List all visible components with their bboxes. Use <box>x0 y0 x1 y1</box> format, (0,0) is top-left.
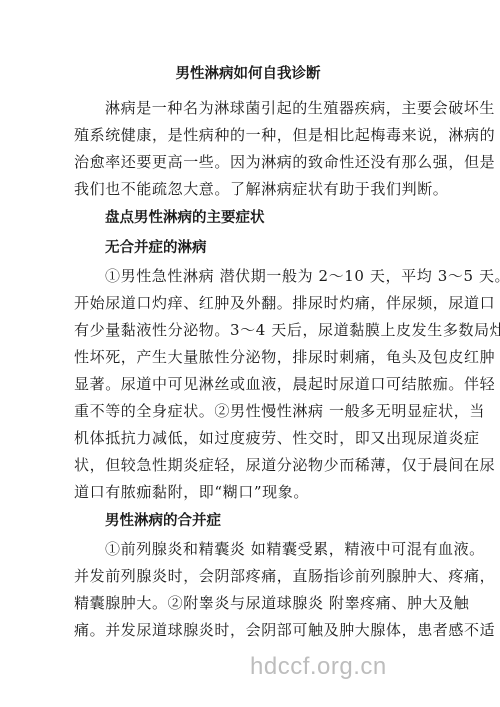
paragraph-line: 治愈率还要更高一些。因为淋病的致命性还没有那么强，但是 <box>74 149 422 176</box>
paragraph-line: ①前列腺炎和精囊炎 如精囊受累，精液中可混有血液。 <box>74 536 422 563</box>
complications-paragraph: ①前列腺炎和精囊炎 如精囊受累，精液中可混有血液。 并发前列腺炎时，会阴部疼痛，… <box>74 536 422 644</box>
paragraph-line: 重不等的全身症状。②男性慢性淋病 一般多无明显症状，当 <box>74 398 422 425</box>
paragraph-line: ①男性急性淋病 潜伏期一般为 2～10 天，平均 3～5 天。 <box>74 263 422 290</box>
paragraph-line: 状，但较急性期炎症轻，尿道分泌物少而稀薄，仅于晨间在尿 <box>74 452 422 479</box>
paragraph-line: 痛。并发尿道球腺炎时，会阴部可触及肿大腺体，患者感不适 <box>74 617 422 644</box>
paragraph-line: 并发前列腺炎时，会阴部疼痛，直肠指诊前列腺肿大、疼痛， <box>74 563 422 590</box>
uncomplicated-paragraph: ①男性急性淋病 潜伏期一般为 2～10 天，平均 3～5 天。 开始尿道口灼痒、… <box>74 263 422 506</box>
paragraph-line: 开始尿道口灼痒、红肿及外翻。排尿时灼痛，伴尿频，尿道口 <box>74 290 422 317</box>
watermark: hdccf.org.cn <box>250 653 387 681</box>
document-page: 男性淋病如何自我诊断 淋病是一种名为淋球菌引起的生殖器疾病，主要会破坏生 殖系统… <box>74 64 422 644</box>
paragraph-line: 殖系统健康，是性病种的一种，但是相比起梅毒来说，淋病的 <box>74 122 422 149</box>
paragraph-line: 有少量黏液性分泌物。3～4 天后，尿道黏膜上皮发生多数局灶 <box>74 317 422 344</box>
intro-paragraph: 淋病是一种名为淋球菌引起的生殖器疾病，主要会破坏生 殖系统健康，是性病种的一种，… <box>74 95 422 203</box>
document-title: 男性淋病如何自我诊断 <box>74 64 422 91</box>
paragraph-line: 显著。尿道中可见淋丝或血液，晨起时尿道口可结脓痂。伴轻 <box>74 371 422 398</box>
paragraph-line: 性坏死，产生大量脓性分泌物，排尿时刺痛，龟头及包皮红肿 <box>74 344 422 371</box>
subsection-heading-uncomplicated: 无合并症的淋病 <box>74 233 422 263</box>
section-heading: 盘点男性淋病的主要症状 <box>74 203 422 233</box>
paragraph-line: 道口有脓痂黏附，即“糊口”现象。 <box>74 479 422 506</box>
paragraph-line: 淋病是一种名为淋球菌引起的生殖器疾病，主要会破坏生 <box>74 95 422 122</box>
subsection-heading-complications: 男性淋病的合并症 <box>74 506 422 536</box>
paragraph-line: 精囊腺肿大。②附睾炎与尿道球腺炎 附睾疼痛、肿大及触 <box>74 590 422 617</box>
paragraph-line: 机体抵抗力减低，如过度疲劳、性交时，即又出现尿道炎症 <box>74 425 422 452</box>
paragraph-line: 我们也不能疏忽大意。了解淋病症状有助于我们判断。 <box>74 176 422 203</box>
